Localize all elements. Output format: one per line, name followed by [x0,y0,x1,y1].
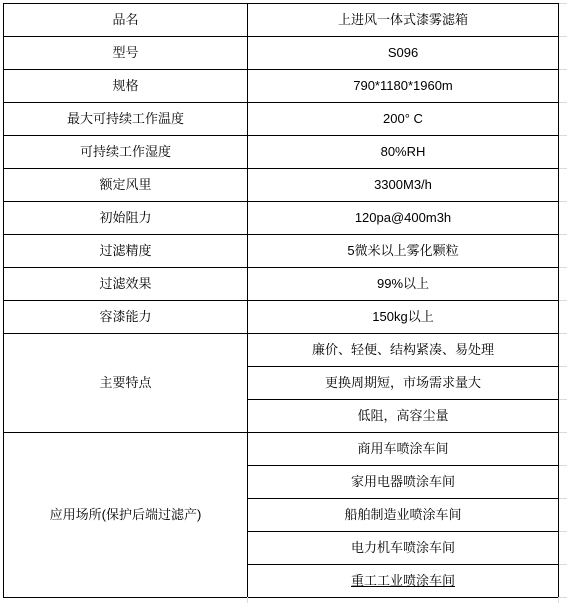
row-label-features: 主要特点 [4,334,248,433]
table-row: 品名 上进风一体式漆雾滤箱 [4,4,559,37]
row-value: 5微米以上雾化颗粒 [248,235,559,268]
row-label: 过滤效果 [4,268,248,301]
table-row: 应用场所(保护后端过滤产) 商用车喷涂车间 [4,433,559,466]
application-item: 商用车喷涂车间 [248,433,559,466]
row-value: 上进风一体式漆雾滤箱 [248,4,559,37]
table-row: 初始阻力 120pa@400m3h [4,202,559,235]
table-row: 过滤精度 5微米以上雾化颗粒 [4,235,559,268]
application-item: 电力机车喷涂车间 [248,532,559,565]
table-row: 可持续工作湿度 80%RH [4,136,559,169]
row-value: 150kg以上 [248,301,559,334]
row-value: 3300M3/h [248,169,559,202]
gridline-stubs-right [559,3,567,598]
row-value: 80%RH [248,136,559,169]
row-label: 型号 [4,37,248,70]
feature-item: 低阻，高容尘量 [248,400,559,433]
table-row: 过滤效果 99%以上 [4,268,559,301]
table-row: 容漆能力 150kg以上 [4,301,559,334]
application-item: 家用电器喷涂车间 [248,466,559,499]
application-item: 船舶制造业喷涂车间 [248,499,559,532]
row-label: 品名 [4,4,248,37]
application-item: 重工工业喷涂车间 [248,565,559,598]
row-label: 过滤精度 [4,235,248,268]
row-value: S096 [248,37,559,70]
row-label: 规格 [4,70,248,103]
spec-table: 品名 上进风一体式漆雾滤箱 型号 S096 规格 790*1180*1960m … [3,3,559,598]
row-label: 可持续工作湿度 [4,136,248,169]
row-value: 790*1180*1960m [248,70,559,103]
row-value: 99%以上 [248,268,559,301]
row-label: 最大可持续工作温度 [4,103,248,136]
feature-item: 廉价、轻便、结构紧凑、易处理 [248,334,559,367]
row-value: 200° C [248,103,559,136]
table-row: 规格 790*1180*1960m [4,70,559,103]
table-row: 额定风里 3300M3/h [4,169,559,202]
table-row: 型号 S096 [4,37,559,70]
row-label: 初始阻力 [4,202,248,235]
table-row: 主要特点 廉价、轻便、结构紧凑、易处理 [4,334,559,367]
feature-item: 更换周期短，市场需求量大 [248,367,559,400]
row-label: 容漆能力 [4,301,248,334]
page: 品名 上进风一体式漆雾滤箱 型号 S096 规格 790*1180*1960m … [0,0,567,603]
row-label-applications: 应用场所(保护后端过滤产) [4,433,248,598]
row-value: 120pa@400m3h [248,202,559,235]
table-row: 最大可持续工作温度 200° C [4,103,559,136]
row-label: 额定风里 [4,169,248,202]
